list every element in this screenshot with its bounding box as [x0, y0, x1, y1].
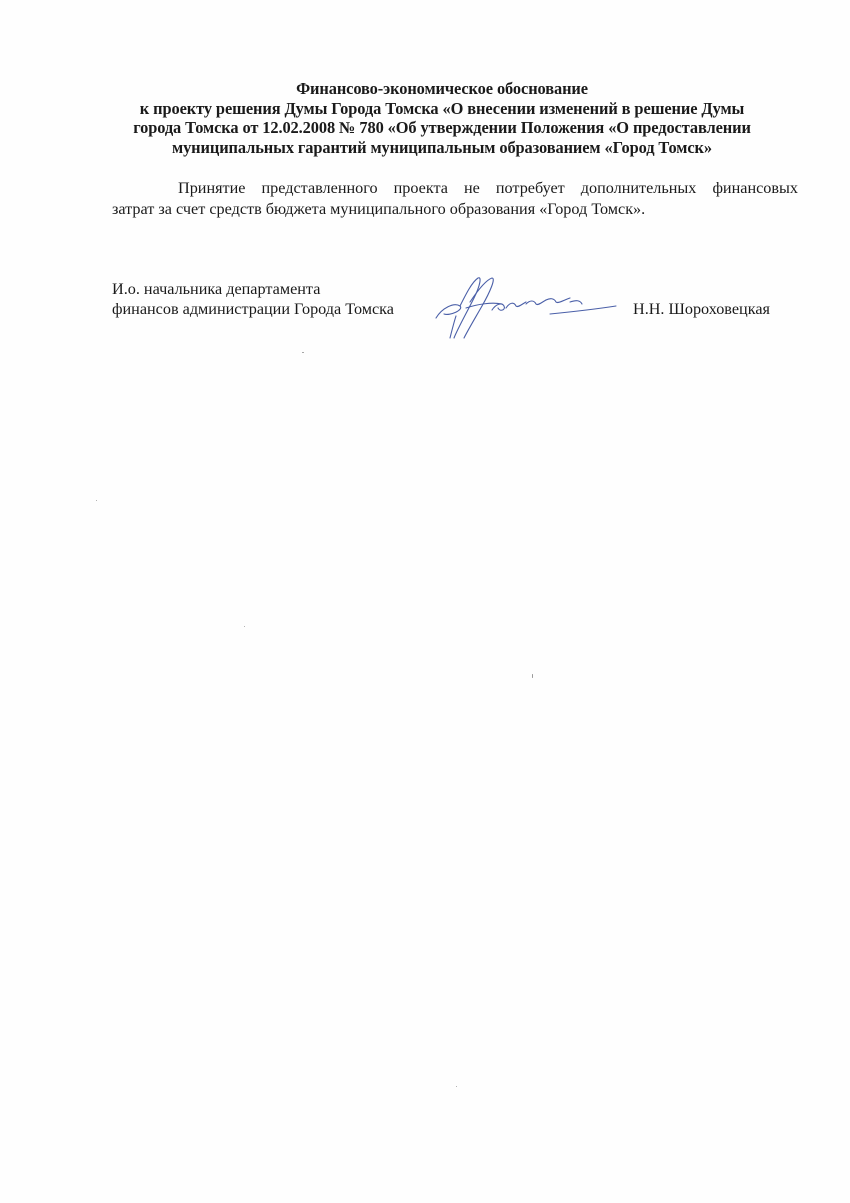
scan-speck [96, 500, 97, 501]
scan-speck [456, 1086, 457, 1087]
title-line-1: Финансово-экономическое обоснование [110, 79, 774, 99]
document-page: Финансово-экономическое обоснование к пр… [0, 0, 850, 1203]
signature-icon [430, 272, 620, 342]
position-line-1: И.о. начальника департамента [112, 279, 394, 299]
title-line-4: муниципальных гарантий муниципальным обр… [110, 138, 774, 158]
title-line-2: к проекту решения Думы Города Томска «О … [110, 99, 774, 119]
scan-speck [302, 352, 304, 353]
document-title: Финансово-экономическое обоснование к пр… [110, 79, 774, 157]
position-line-2: финансов администрации Города Томска [112, 299, 394, 319]
body-paragraph: Принятие представленного проекта не потр… [112, 178, 798, 220]
body-line-2: затрат за счет средств бюджета муниципал… [112, 199, 798, 220]
signatory-name: Н.Н. Шороховецкая [633, 299, 770, 319]
scan-speck [244, 626, 245, 627]
title-line-3: города Томска от 12.02.2008 № 780 «Об ут… [110, 118, 774, 138]
signatory-position: И.о. начальника департамента финансов ад… [112, 279, 394, 319]
body-line-1: Принятие представленного проекта не потр… [112, 178, 798, 199]
scan-speck [532, 674, 533, 678]
